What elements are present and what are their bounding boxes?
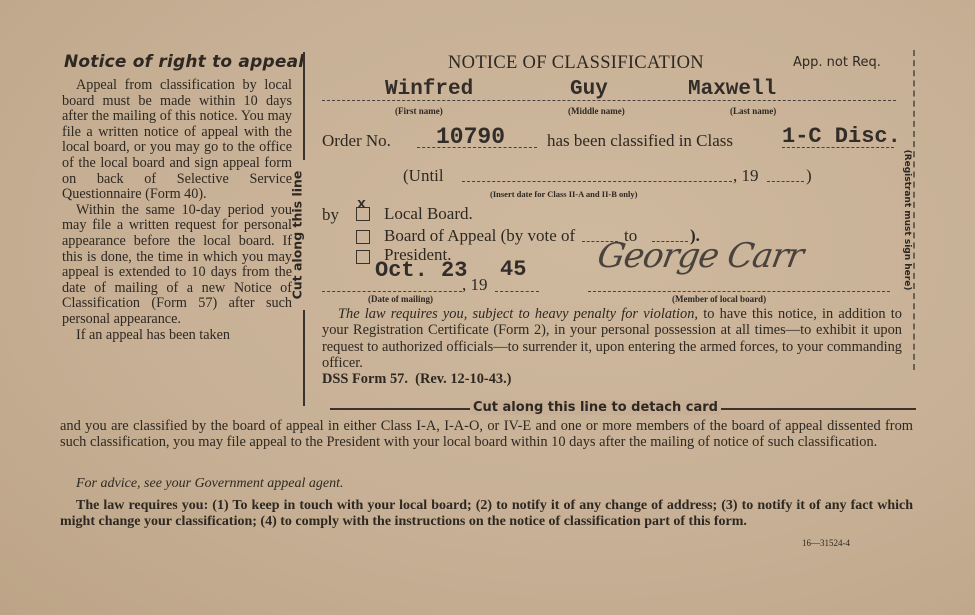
last-name-value: Maxwell (688, 78, 776, 101)
possession-notice: The law requires you, subject to heavy p… (322, 306, 902, 387)
detach-cut-label: Cut along this line to detach card (470, 400, 721, 415)
first-name-label: (First name) (395, 106, 443, 116)
cut-line-vertical-top (303, 52, 305, 160)
form-id: DSS Form 57. (322, 371, 408, 387)
mailing-date-value: Oct. 23 (375, 258, 467, 283)
until-close-paren: ) (806, 166, 812, 186)
form-identifier: DSS Form 57. (Rev. 12-10-43.) (322, 371, 902, 387)
appeal-paragraph: Appeal from classification by local boar… (62, 78, 292, 203)
until-year-prefix: , 19 (733, 166, 759, 186)
first-name-value: Winfred (385, 78, 473, 101)
until-note: (Insert date for Class II-A and II-B onl… (490, 189, 637, 199)
order-number-label: Order No. (322, 131, 391, 151)
detach-cut-line: Cut along this line to detach card (330, 402, 916, 416)
checkbox-x-mark: x (357, 196, 366, 213)
name-line (322, 100, 896, 101)
mailing-year-value: 45 (500, 257, 526, 282)
middle-name-label: (Middle name) (568, 106, 625, 116)
form-revision: (Rev. 12-10-43.) (415, 371, 511, 387)
law-italic-text: The law requires you, subject to heavy p… (338, 306, 698, 322)
middle-name-value: Guy (570, 78, 608, 101)
mailing-year-line (495, 291, 539, 292)
mailing-date-line (322, 291, 462, 292)
member-label: (Member of local board) (672, 294, 766, 304)
advice-text: For advice, see your Government appeal a… (76, 476, 343, 492)
mailing-date-label: (Date of mailing) (368, 294, 433, 304)
board-member-signature: George Carr (594, 236, 806, 276)
president-checkbox[interactable] (356, 250, 370, 264)
appeal-instructions: Appeal from classification by local boar… (62, 78, 292, 343)
requirements-text: The law requires you: (1) To keep in tou… (60, 498, 913, 531)
local-board-label: Local Board. (384, 204, 473, 224)
appeal-notice-title: Notice of right to appeal (64, 52, 304, 72)
cut-line-vertical-bottom (303, 310, 305, 406)
appeal-paragraph: Within the same 10-day period you may fi… (62, 203, 292, 328)
board-of-appeal-checkbox[interactable] (356, 230, 370, 244)
mailing-year-prefix: , 19 (462, 275, 488, 295)
until-year-line (767, 181, 804, 182)
classified-text: has been classified in Class (547, 131, 733, 151)
last-name-label: (Last name) (730, 106, 776, 116)
class-value: 1-C Disc. (782, 124, 901, 149)
board-of-appeal-label: Board of Appeal (by vote of (384, 226, 575, 246)
by-label: by (322, 205, 339, 225)
until-label: (Until (403, 166, 444, 186)
app-not-required-note: App. not Req. (793, 55, 881, 70)
registrant-sign-label: (Registrant must sign here) (897, 140, 917, 300)
classification-card: Notice of right to appeal Appeal from cl… (0, 0, 975, 615)
order-number-value: 10790 (436, 124, 505, 150)
card-title: NOTICE OF CLASSIFICATION (448, 53, 704, 74)
signature-line (588, 291, 890, 292)
until-date-line (462, 181, 732, 182)
print-code: 16—31524-4 (802, 538, 850, 548)
appeal-continued-text: and you are classified by the board of a… (60, 418, 913, 451)
appeal-paragraph: If an appeal has been taken (62, 328, 292, 344)
cut-line-vertical-label: Cut along this line (287, 160, 307, 310)
